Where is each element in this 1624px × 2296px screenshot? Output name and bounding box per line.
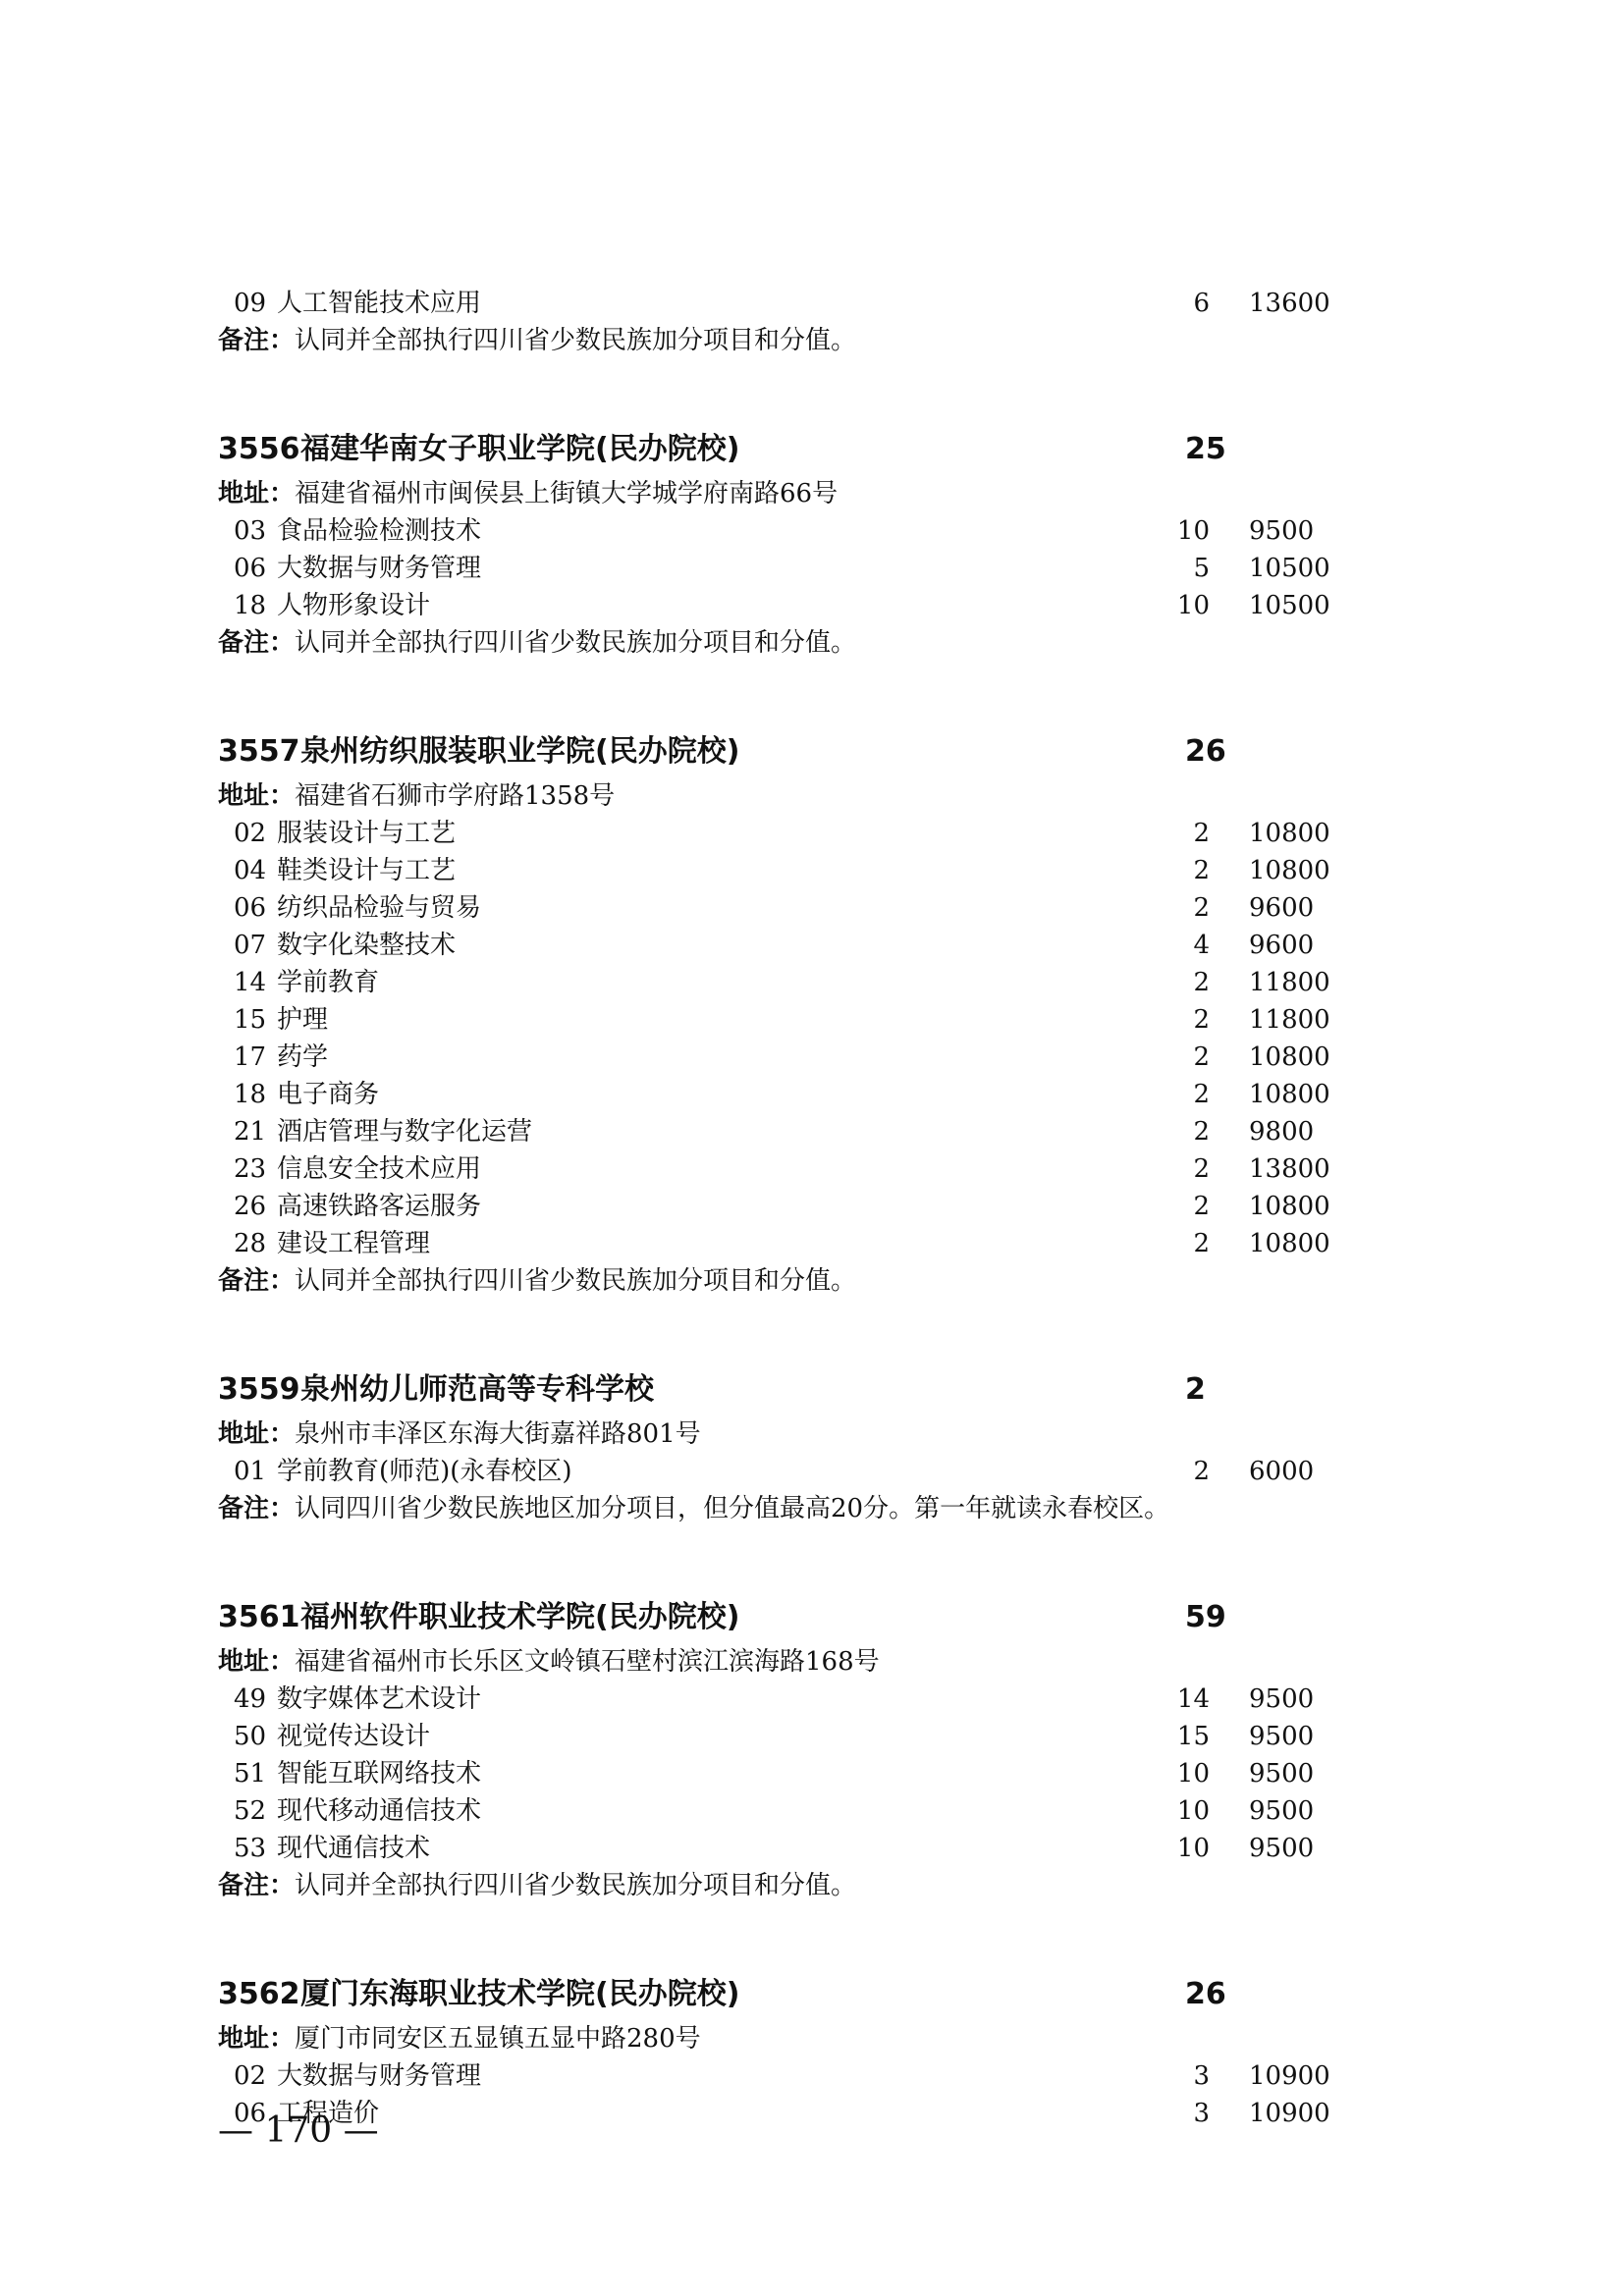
school-id: 3557 [218, 726, 300, 777]
program-code: 01 [234, 1453, 266, 1490]
program-fee: 9500 [1249, 1830, 1314, 1867]
note-text: 认同并全部执行四川省少数民族加分项目和分值。 [295, 1871, 856, 1900]
program-fee: 9500 [1249, 1792, 1314, 1830]
program-name: 服装设计与工艺 [277, 815, 456, 852]
program-count: 2 [1151, 964, 1210, 1001]
school-header: 3562 厦门东海职业技术学院(民办院校) 26 [218, 1969, 1337, 2020]
program-row: 09 人工智能技术应用 6 13600 [218, 285, 1337, 322]
program-fee: 10800 [1249, 1188, 1330, 1225]
note: 备注：认同并全部执行四川省少数民族加分项目和分值。 [218, 1867, 1337, 1904]
note-text: 认同并全部执行四川省少数民族加分项目和分值。 [295, 628, 856, 658]
program-count: 10 [1151, 587, 1210, 624]
program-name: 电子商务 [277, 1076, 379, 1113]
school-id: 3559 [218, 1364, 300, 1415]
program-code: 51 [234, 1755, 266, 1792]
program-code: 06 [234, 889, 266, 927]
program-code: 14 [234, 964, 266, 1001]
school-header: 3561 福州软件职业技术学院(民办院校) 59 [218, 1592, 1337, 1643]
note-text: 认同并全部执行四川省少数民族加分项目和分值。 [295, 326, 856, 355]
note-label: 备注： [218, 628, 295, 658]
program-code: 49 [234, 1681, 266, 1718]
address-label: 地址： [218, 2024, 295, 2054]
program-name: 护理 [277, 1001, 328, 1039]
school-block: 3559 泉州幼儿师范高等专科学校 2 地址：泉州市丰泽区东海大街嘉祥路801号… [218, 1364, 1337, 1527]
program-code: 09 [234, 285, 266, 322]
program-fee: 9500 [1249, 512, 1314, 550]
program-row: 50视觉传达设计159500 [218, 1718, 1337, 1755]
program-fee: 9500 [1249, 1681, 1314, 1718]
address-label: 地址： [218, 479, 295, 508]
program-fee: 11800 [1249, 1001, 1330, 1039]
program-row: 01学前教育(师范)(永春校区)26000 [218, 1453, 1337, 1490]
program-code: 06 [234, 550, 266, 587]
school-name: 泉州幼儿师范高等专科学校 [300, 1364, 654, 1415]
note: 备注：认同并全部执行四川省少数民族加分项目和分值。 [218, 322, 1337, 359]
program-row: 03 食品检验检测技术 10 9500 [218, 512, 1337, 550]
program-name: 建设工程管理 [277, 1225, 430, 1262]
program-count: 2 [1151, 1150, 1210, 1188]
program-row: 02服装设计与工艺210800 [218, 815, 1337, 852]
program-code: 04 [234, 852, 266, 889]
program-row: 21酒店管理与数字化运营29800 [218, 1113, 1337, 1150]
program-fee: 9600 [1249, 889, 1314, 927]
note-label: 备注： [218, 1871, 295, 1900]
address-text: 厦门市同安区五显镇五显中路280号 [295, 2024, 701, 2054]
school-id: 3561 [218, 1592, 300, 1643]
program-row: 51智能互联网络技术109500 [218, 1755, 1337, 1792]
program-count: 2 [1151, 1001, 1210, 1039]
program-count: 3 [1151, 2057, 1210, 2095]
program-row: 02大数据与财务管理310900 [218, 2057, 1337, 2095]
note-label: 备注： [218, 1266, 295, 1296]
program-code: 03 [234, 512, 266, 550]
program-row: 17药学210800 [218, 1039, 1337, 1076]
program-name: 药学 [277, 1039, 328, 1076]
program-name: 智能互联网络技术 [277, 1755, 481, 1792]
address-label: 地址： [218, 781, 295, 811]
program-code: 23 [234, 1150, 266, 1188]
program-count: 3 [1151, 2095, 1210, 2132]
school-name: 厦门东海职业技术学院(民办院校) [300, 1969, 739, 2020]
note-text: 认同并全部执行四川省少数民族加分项目和分值。 [295, 1266, 856, 1296]
school-header: 3556 福建华南女子职业学院(民办院校) 25 [218, 424, 1337, 475]
program-count: 2 [1151, 815, 1210, 852]
program-name: 数字化染整技术 [277, 927, 456, 964]
school-total: 26 [1185, 1969, 1226, 2020]
address-text: 福建省福州市长乐区文岭镇石壁村滨江滨海路168号 [295, 1647, 880, 1677]
program-fee: 9600 [1249, 927, 1314, 964]
program-row: 18电子商务210800 [218, 1076, 1337, 1113]
program-count: 2 [1151, 1188, 1210, 1225]
program-fee: 9500 [1249, 1755, 1314, 1792]
school-total: 26 [1185, 726, 1226, 777]
program-name: 食品检验检测技术 [277, 512, 481, 550]
program-code: 50 [234, 1718, 266, 1755]
program-row: 28建设工程管理210800 [218, 1225, 1337, 1262]
address-text: 福建省石狮市学府路1358号 [295, 781, 615, 811]
school-block: 3556 福建华南女子职业学院(民办院校) 25 地址：福建省福州市闽侯县上街镇… [218, 424, 1337, 662]
program-code: 02 [234, 815, 266, 852]
note: 备注：认同并全部执行四川省少数民族加分项目和分值。 [218, 624, 1337, 662]
program-name: 学前教育(师范)(永春校区) [277, 1453, 572, 1490]
program-fee: 10900 [1249, 2095, 1330, 2132]
program-name: 人物形象设计 [277, 587, 430, 624]
school-header: 3559 泉州幼儿师范高等专科学校 2 [218, 1364, 1337, 1415]
school-name: 泉州纺织服装职业学院(民办院校) [300, 726, 739, 777]
note: 备注：认同并全部执行四川省少数民族加分项目和分值。 [218, 1262, 1337, 1300]
program-count: 10 [1151, 1755, 1210, 1792]
school-block: 3562 厦门东海职业技术学院(民办院校) 26 地址：厦门市同安区五显镇五显中… [218, 1969, 1337, 2132]
school-header: 3557 泉州纺织服装职业学院(民办院校) 26 [218, 726, 1337, 777]
note: 备注：认同四川省少数民族地区加分项目，但分值最高20分。第一年就读永春校区。 [218, 1490, 1337, 1527]
program-name: 现代移动通信技术 [277, 1792, 481, 1830]
school-total: 59 [1185, 1592, 1226, 1643]
program-count: 2 [1151, 889, 1210, 927]
address: 地址：厦门市同安区五显镇五显中路280号 [218, 2020, 1337, 2057]
program-count: 6 [1151, 285, 1210, 322]
program-code: 15 [234, 1001, 266, 1039]
program-row: 06工程造价310900 [218, 2095, 1337, 2132]
program-fee: 10500 [1249, 587, 1330, 624]
school-name: 福建华南女子职业学院(民办院校) [300, 424, 739, 475]
program-name: 视觉传达设计 [277, 1718, 430, 1755]
program-fee: 10800 [1249, 1039, 1330, 1076]
program-row: 53现代通信技术109500 [218, 1830, 1337, 1867]
program-name: 大数据与财务管理 [277, 2057, 481, 2095]
program-fee: 10800 [1249, 1076, 1330, 1113]
program-count: 4 [1151, 927, 1210, 964]
address-label: 地址： [218, 1419, 295, 1449]
program-count: 5 [1151, 550, 1210, 587]
program-count: 10 [1151, 1830, 1210, 1867]
school-name: 福州软件职业技术学院(民办院校) [300, 1592, 739, 1643]
program-fee: 13800 [1249, 1150, 1330, 1188]
program-fee: 10800 [1249, 1225, 1330, 1262]
program-count: 2 [1151, 1039, 1210, 1076]
school-id: 3562 [218, 1969, 300, 2020]
program-fee: 11800 [1249, 964, 1330, 1001]
program-row: 26高速铁路客运服务210800 [218, 1188, 1337, 1225]
program-fee: 10800 [1249, 815, 1330, 852]
program-fee: 10800 [1249, 852, 1330, 889]
program-count: 10 [1151, 512, 1210, 550]
program-count: 2 [1151, 852, 1210, 889]
note-label: 备注： [218, 1494, 295, 1523]
program-count: 2 [1151, 1225, 1210, 1262]
address-text: 泉州市丰泽区东海大街嘉祥路801号 [295, 1419, 701, 1449]
program-name: 人工智能技术应用 [277, 285, 481, 322]
program-row: 06纺织品检验与贸易29600 [218, 889, 1337, 927]
address: 地址：福建省福州市长乐区文岭镇石壁村滨江滨海路168号 [218, 1643, 1337, 1681]
program-code: 02 [234, 2057, 266, 2095]
program-row: 04鞋类设计与工艺210800 [218, 852, 1337, 889]
program-code: 28 [234, 1225, 266, 1262]
program-row: 07数字化染整技术49600 [218, 927, 1337, 964]
document-page: 09 人工智能技术应用 6 13600 备注：认同并全部执行四川省少数民族加分项… [218, 285, 1337, 2132]
program-fee: 9500 [1249, 1718, 1314, 1755]
address: 地址：泉州市丰泽区东海大街嘉祥路801号 [218, 1415, 1337, 1453]
program-code: 17 [234, 1039, 266, 1076]
program-row: 14学前教育211800 [218, 964, 1337, 1001]
note-label: 备注： [218, 326, 295, 355]
program-fee: 10500 [1249, 550, 1330, 587]
address-text: 福建省福州市闽侯县上街镇大学城学府南路66号 [295, 479, 838, 508]
address-label: 地址： [218, 1647, 295, 1677]
program-code: 53 [234, 1830, 266, 1867]
program-code: 52 [234, 1792, 266, 1830]
program-code: 21 [234, 1113, 266, 1150]
program-fee: 9800 [1249, 1113, 1314, 1150]
school-total: 2 [1185, 1364, 1206, 1415]
program-fee: 10900 [1249, 2057, 1330, 2095]
continuation-block: 09 人工智能技术应用 6 13600 备注：认同并全部执行四川省少数民族加分项… [218, 285, 1337, 359]
note-text: 认同四川省少数民族地区加分项目，但分值最高20分。第一年就读永春校区。 [295, 1494, 1169, 1523]
program-row: 18 人物形象设计 10 10500 [218, 587, 1337, 624]
program-code: 07 [234, 927, 266, 964]
address: 地址：福建省福州市闽侯县上街镇大学城学府南路66号 [218, 475, 1337, 512]
page-number: — 170 — [218, 2110, 379, 2151]
school-block: 3561 福州软件职业技术学院(民办院校) 59 地址：福建省福州市长乐区文岭镇… [218, 1592, 1337, 1904]
program-name: 鞋类设计与工艺 [277, 852, 456, 889]
program-name: 高速铁路客运服务 [277, 1188, 481, 1225]
program-row: 23信息安全技术应用213800 [218, 1150, 1337, 1188]
address: 地址：福建省石狮市学府路1358号 [218, 777, 1337, 815]
program-count: 2 [1151, 1453, 1210, 1490]
program-name: 现代通信技术 [277, 1830, 430, 1867]
program-name: 数字媒体艺术设计 [277, 1681, 481, 1718]
program-name: 酒店管理与数字化运营 [277, 1113, 532, 1150]
program-code: 26 [234, 1188, 266, 1225]
school-total: 25 [1185, 424, 1226, 475]
program-row: 15护理211800 [218, 1001, 1337, 1039]
program-count: 15 [1151, 1718, 1210, 1755]
program-name: 信息安全技术应用 [277, 1150, 481, 1188]
program-code: 18 [234, 1076, 266, 1113]
school-id: 3556 [218, 424, 300, 475]
program-code: 18 [234, 587, 266, 624]
program-name: 大数据与财务管理 [277, 550, 481, 587]
program-fee: 13600 [1249, 285, 1330, 322]
program-row: 06 大数据与财务管理 5 10500 [218, 550, 1337, 587]
program-count: 2 [1151, 1113, 1210, 1150]
program-count: 14 [1151, 1681, 1210, 1718]
program-fee: 6000 [1249, 1453, 1314, 1490]
program-count: 2 [1151, 1076, 1210, 1113]
program-row: 49数字媒体艺术设计149500 [218, 1681, 1337, 1718]
program-name: 学前教育 [277, 964, 379, 1001]
program-name: 纺织品检验与贸易 [277, 889, 481, 927]
school-block: 3557 泉州纺织服装职业学院(民办院校) 26 地址：福建省石狮市学府路135… [218, 726, 1337, 1300]
program-row: 52现代移动通信技术109500 [218, 1792, 1337, 1830]
program-count: 10 [1151, 1792, 1210, 1830]
